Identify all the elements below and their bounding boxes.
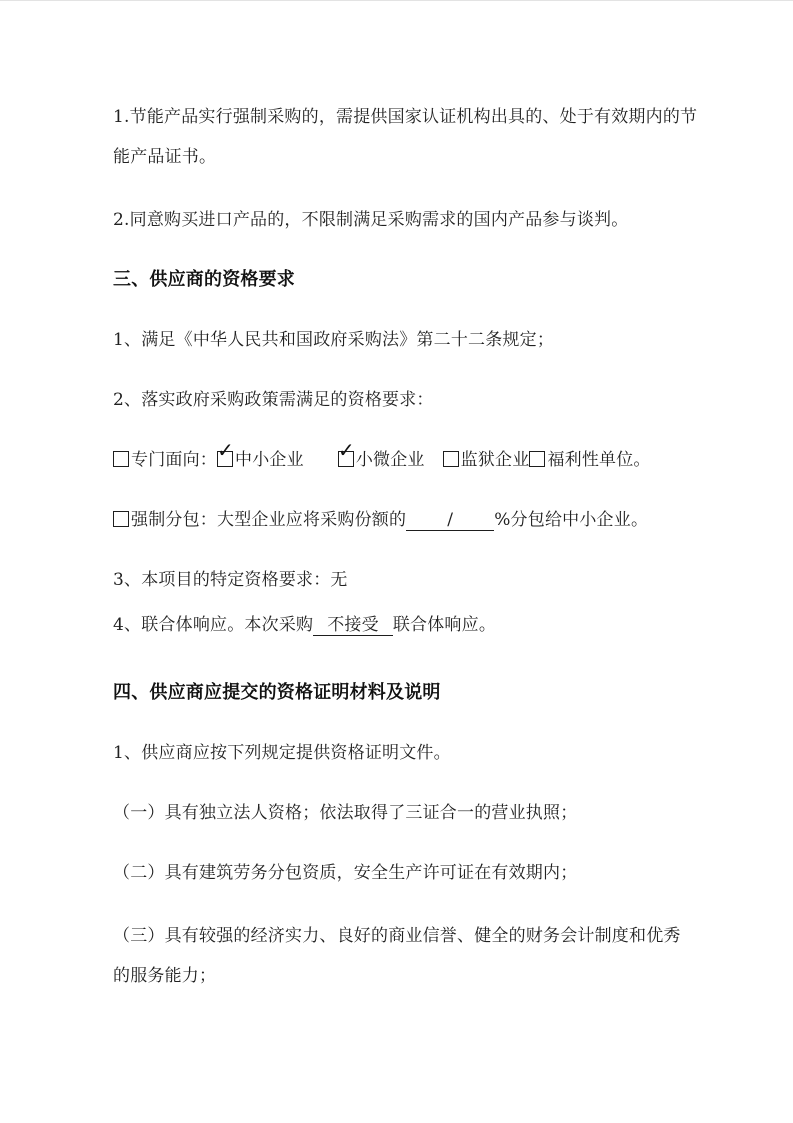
section-4-sub-1: （一）具有独立法人资格；依法取得了三证合一的营业执照； xyxy=(113,793,703,833)
paragraph-energy-products-line1: 1.节能产品实行强制采购的，需提供国家认证机构出具的、处于有效期内的节 xyxy=(113,97,703,137)
section-4-sub-3: （三）具有较强的经济实力、良好的商业信誉、健全的财务会计制度和优秀 的服务能力； xyxy=(113,916,703,996)
checkbox-icon-prison xyxy=(443,451,459,467)
section-4-title: 四、供应商应提交的资格证明材料及说明 xyxy=(113,673,703,713)
paragraph-energy-products: 1.节能产品实行强制采购的，需提供国家认证机构出具的、处于有效期内的节 能产品证… xyxy=(113,97,703,177)
checked-checkbox-icon-sme: ✓ xyxy=(217,451,233,467)
paragraph-imported-products: 2.同意购买进口产品的，不限制满足采购需求的国内产品参与谈判。 xyxy=(113,200,703,240)
section-4-sub-3-line1: （三）具有较强的经济实力、良好的商业信誉、健全的财务会计制度和优秀 xyxy=(113,916,703,956)
target-label-special: 专门面向： xyxy=(131,450,217,470)
subcontract-line: 强制分包：大型企业应将采购份额的/%分包给中小企业。 xyxy=(113,500,703,540)
section-3-item-2: 2、落实政府采购政策需满足的资格要求： xyxy=(113,380,703,420)
checkbox-icon-welfare xyxy=(529,451,545,467)
paragraph-energy-products-line2: 能产品证书。 xyxy=(113,137,703,177)
section-4-sub-2: （二）具有建筑劳务分包资质，安全生产许可证在有效期内； xyxy=(113,853,703,893)
joint-bid-suffix: 联合体响应。 xyxy=(393,615,496,635)
subcontract-prefix: 强制分包：大型企业应将采购份额的 xyxy=(131,510,406,530)
target-label-welfare: 福利性单位。 xyxy=(547,450,650,470)
joint-bid-answer-underlined: 不接受 xyxy=(313,615,393,636)
checkbox-icon-subcontract xyxy=(113,511,129,527)
target-enterprise-line: 专门面向：✓中小企业✓小微企业监狱企业福利性单位。 xyxy=(113,440,703,480)
checked-checkbox-icon-micro: ✓ xyxy=(338,451,354,467)
subcontract-blank-underline: / xyxy=(406,510,494,531)
subcontract-suffix: %分包给中小企业。 xyxy=(494,510,648,530)
document-page-background: { "page": { "bg": "#ffffff", "text_color… xyxy=(0,0,793,1123)
section-3-title: 三、供应商的资格要求 xyxy=(113,260,703,300)
section-4-item-1: 1、供应商应按下列规定提供资格证明文件。 xyxy=(113,733,703,773)
section-4-sub-3-line2: 的服务能力； xyxy=(113,956,703,996)
target-label-sme: 中小企业 xyxy=(235,450,304,470)
document-page: 1.节能产品实行强制采购的，需提供国家认证机构出具的、处于有效期内的节 能产品证… xyxy=(0,1,793,1123)
section-3-item-3: 3、本项目的特定资格要求：无 xyxy=(113,560,703,600)
section-3-item-1: 1、满足《中华人民共和国政府采购法》第二十二条规定； xyxy=(113,320,703,360)
target-label-micro: 小微企业 xyxy=(356,450,425,470)
checkbox-icon-special-target xyxy=(113,451,129,467)
joint-bid-line: 4、联合体响应。本次采购不接受联合体响应。 xyxy=(113,605,703,645)
joint-bid-prefix: 4、联合体响应。本次采购 xyxy=(113,615,313,635)
target-label-prison: 监狱企业 xyxy=(461,450,530,470)
